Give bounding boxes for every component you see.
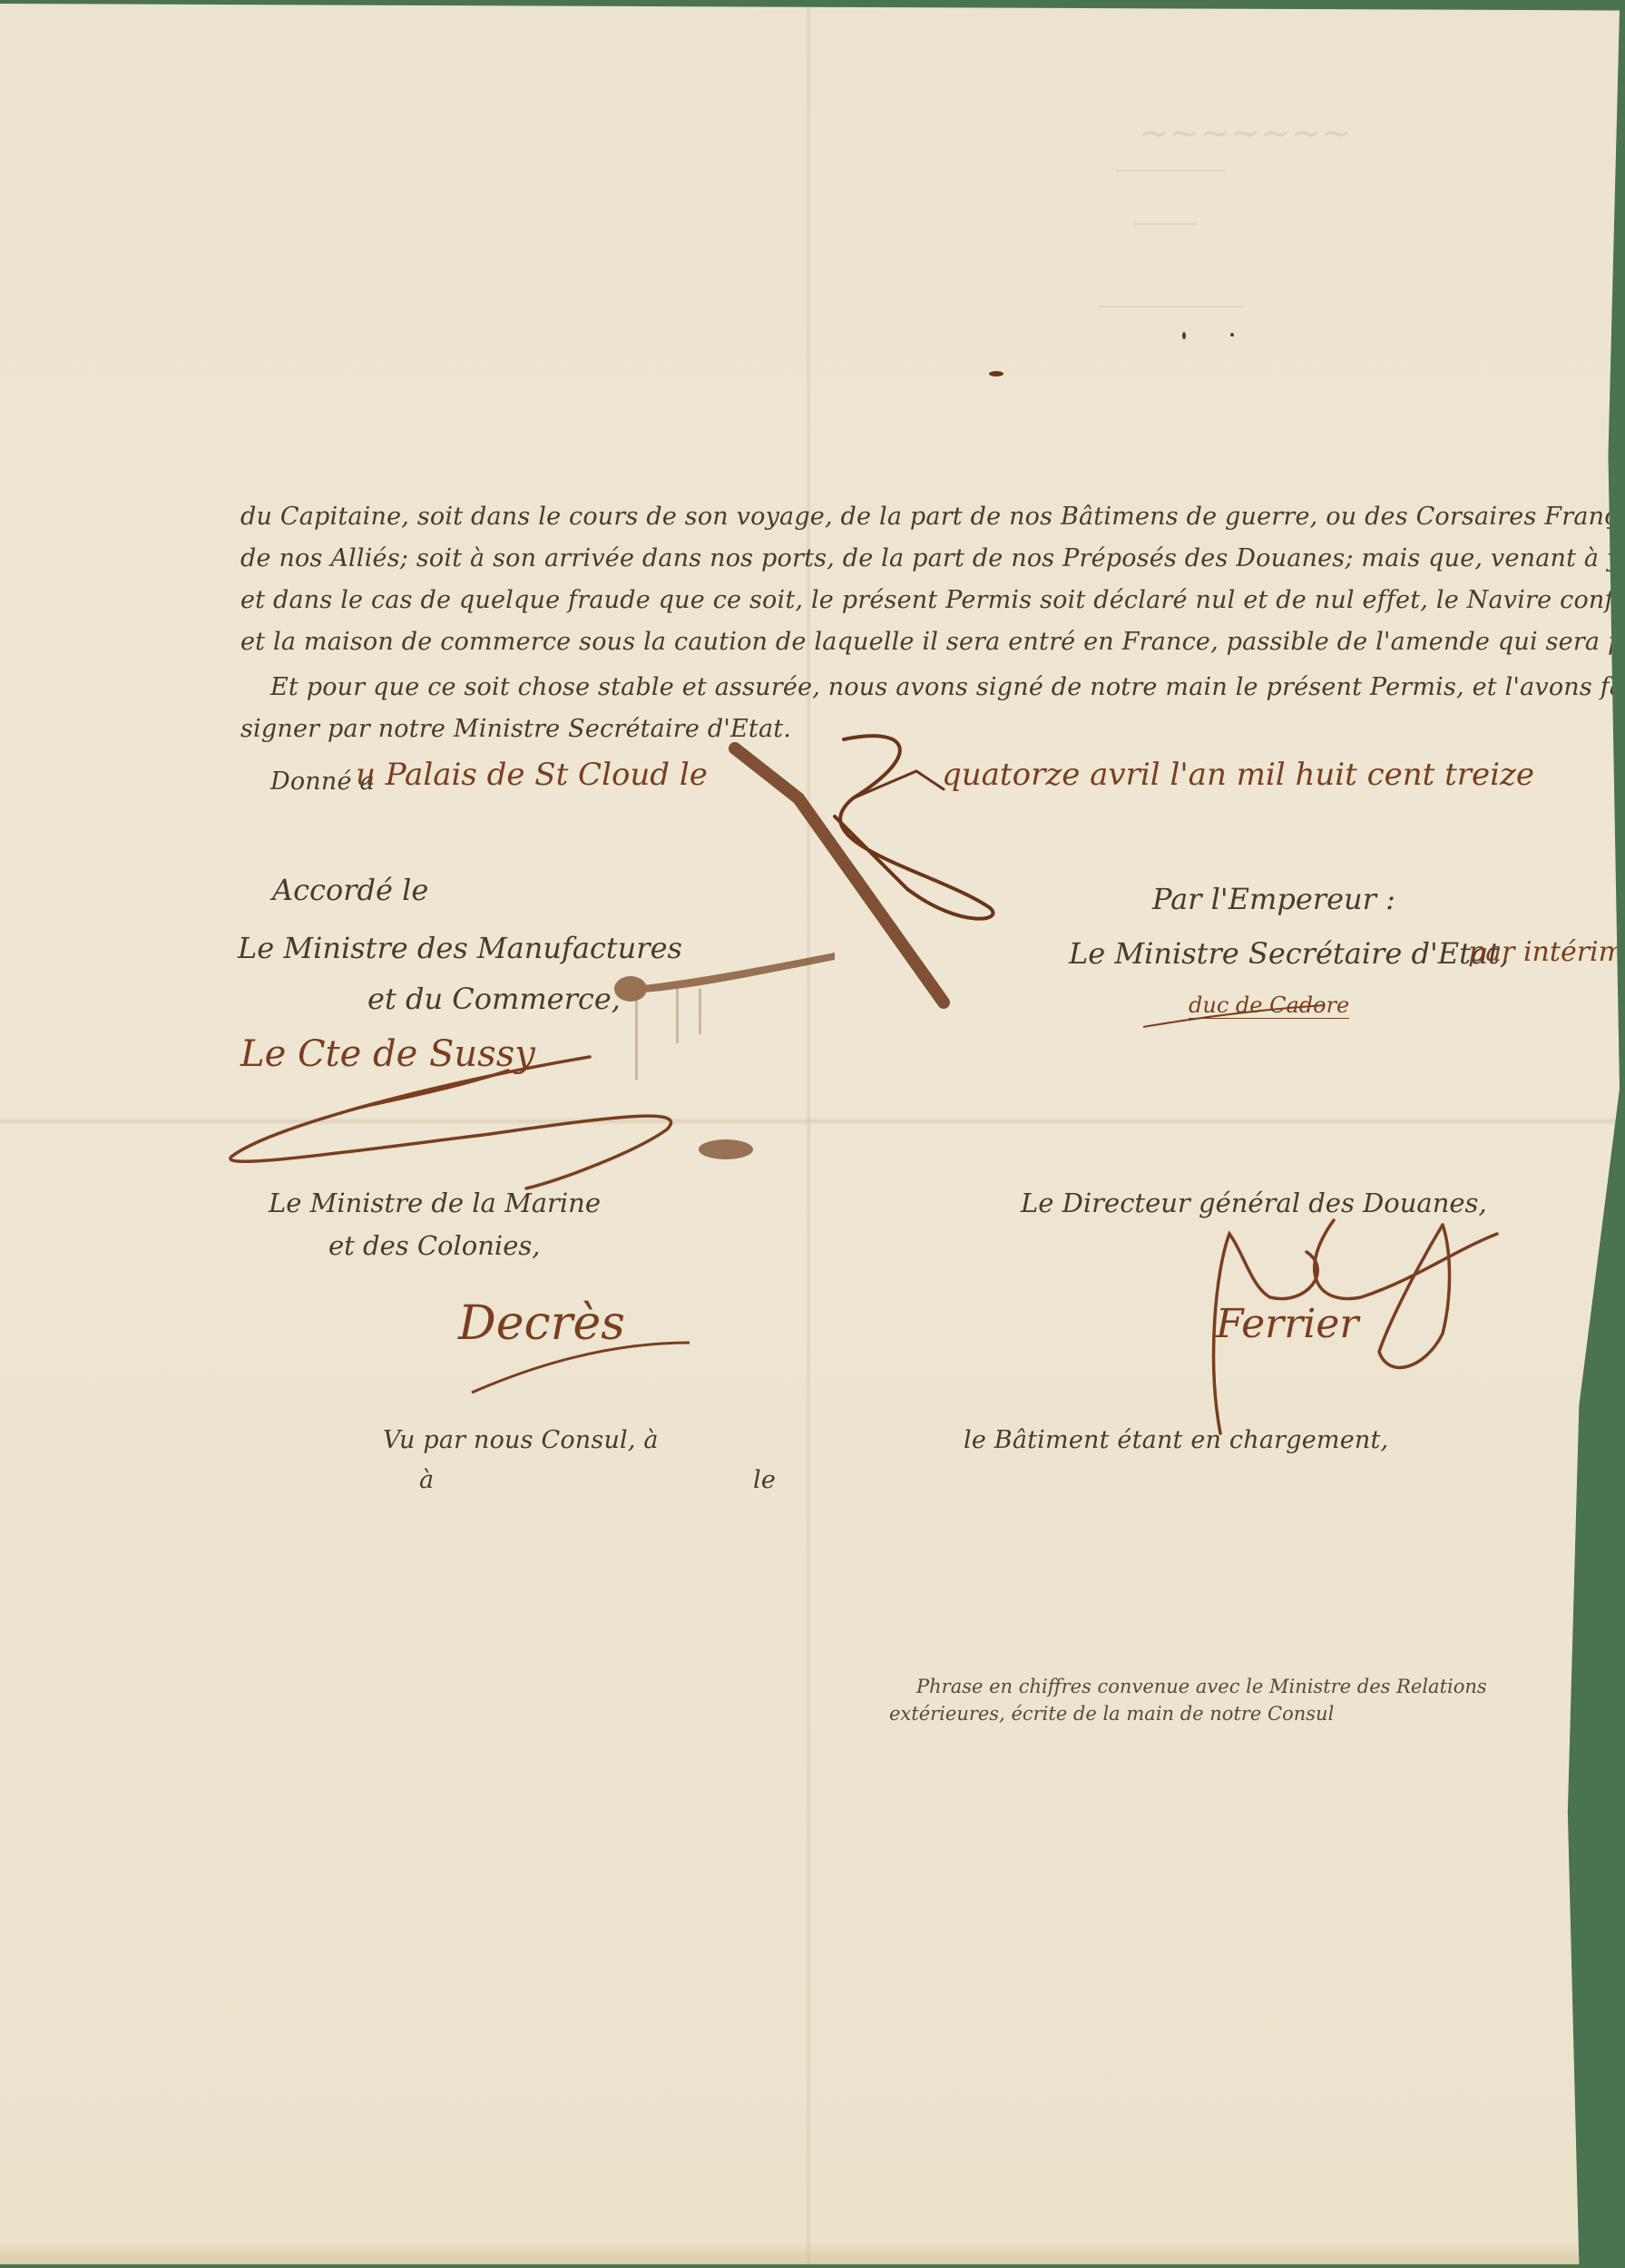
bleed-through-rule [1098,306,1243,308]
secretary-handwritten-name: duc de Cadore [1189,992,1349,1019]
bleed-through-rule [1134,223,1198,225]
bleed-through-rule [1116,170,1225,171]
body-line-3: et dans le cas de quelque fraude que ce … [240,586,1625,614]
consul-date-le: le [753,1466,776,1494]
closing-line-1: Et pour que ce soit chose stable et assu… [270,673,1625,701]
bottom-edge-stain [0,2241,1620,2264]
horizontal-fold [0,1118,1620,1125]
given-at-place: u Palais de St Cloud le [356,757,708,793]
granted-label: Accordé le [272,873,428,907]
marine-minister-signature: Decrès [458,1296,625,1351]
body-line-1: du Capitaine, soit dans le cours de son … [240,503,1625,531]
commerce-minister-title-1: Le Ministre des Manufactures [238,931,682,965]
vessel-status: le Bâtiment étant en chargement, [964,1426,1388,1454]
commerce-minister-signature: Le Cte de Sussy [240,1033,535,1075]
closing-line-2: signer par notre Ministre Secrétaire d'E… [240,715,791,743]
cipher-note-line-2: extérieures, écrite de la main de notre … [889,1703,1334,1725]
commerce-minister-title-2: et du Commerce, [367,982,621,1016]
bleed-through-text: ~~~~~~~ [1139,112,1352,154]
given-at-date: quatorze avril l'an mil huit cent treize [942,757,1534,793]
emperor-label: Par l'Empereur : [1152,882,1395,916]
marine-minister-title-2: et des Colonies, [328,1230,540,1261]
consul-at: à [419,1466,434,1494]
secretary-title: Le Ministre Secrétaire d'Etat, [1069,936,1509,971]
secretary-handwritten-suffix: par intérim [1468,936,1624,968]
cipher-note-line-1: Phrase en chiffres convenue avec le Mini… [916,1676,1487,1697]
vertical-fold [806,4,811,2264]
document-page: ~~~~~~~ du Capitaine, soit dans le cours… [0,4,1620,2264]
body-line-2: de nos Alliés; soit à son arrivée dans n… [240,544,1625,572]
customs-director-signature: Ferrier [1216,1301,1358,1347]
body-line-4: et la maison de commerce sous la caution… [240,628,1625,656]
consul-label: Vu par nous Consul, à [383,1426,659,1454]
customs-director-title: Le Directeur général des Douanes, [1021,1188,1487,1218]
marine-minister-title-1: Le Ministre de la Marine [269,1188,601,1218]
